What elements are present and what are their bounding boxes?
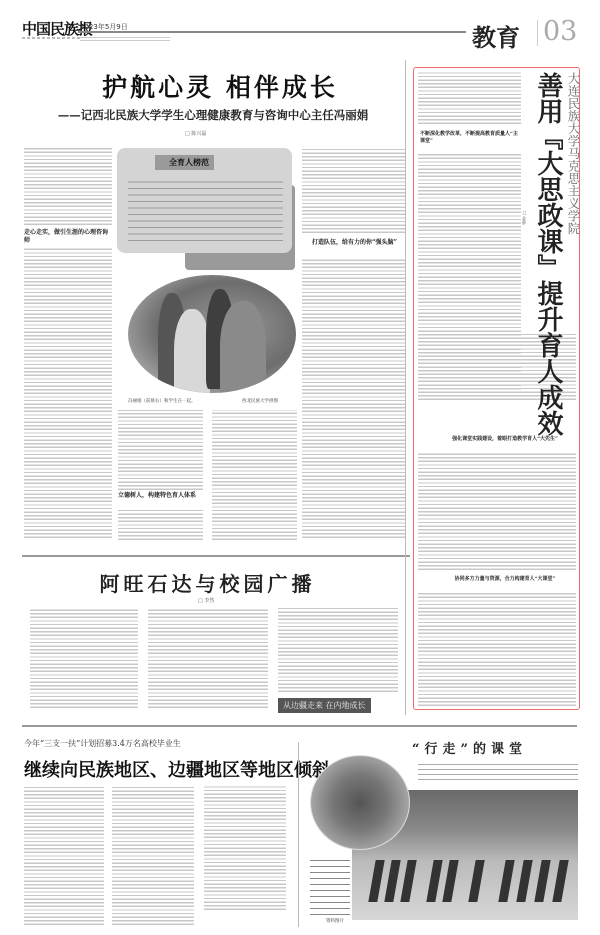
feature-subheadline: ——记西北民族大学学生心理健康教育与咨询中心主任冯丽娟: [28, 107, 398, 123]
section-rule-bottom: [22, 725, 577, 727]
feature-subhead-3: 立德树人，构建特色育人体系: [118, 492, 203, 500]
feature-headline: 护航心灵 相伴成长: [70, 68, 370, 104]
photo-story-caption: [310, 855, 350, 915]
employment-column-2: [112, 785, 194, 925]
masthead-rule: [78, 31, 466, 33]
student-formation: [368, 860, 384, 902]
student-formation: [442, 860, 458, 902]
page-number: 03: [543, 16, 577, 47]
employment-column-3: [204, 785, 286, 910]
student-formation: [498, 860, 514, 902]
photo-caption-credit: 西北民族大学供图: [242, 398, 278, 404]
quote-box-label: 全育人榜范: [155, 155, 214, 170]
feature-subhead-1: 走心走实，做引生涯的心理咨询师: [24, 229, 112, 245]
feature-column-4-top: [302, 147, 406, 233]
employment-column-1: [24, 785, 104, 925]
masthead-meta-text: [80, 35, 170, 41]
quote-box-text: [128, 177, 283, 241]
section-name: 教育: [472, 18, 520, 53]
student-formation: [516, 860, 532, 902]
employment-kicker: 今年“三支一扶”计划招募3.4万名高校毕业生: [24, 738, 181, 749]
section-rule: [22, 555, 410, 557]
photo-caption-left: 冯丽娟（前排右）和学生在一起。: [128, 398, 196, 404]
radio-column-1: [30, 608, 138, 708]
feature-subhead-2: 打造队伍，给有力的你“强头脑”: [312, 239, 406, 247]
student-formation: [468, 860, 484, 902]
feature-column-4-body: [302, 258, 406, 538]
highlight-box[interactable]: [413, 67, 580, 710]
feature-column-1-top: [24, 147, 112, 225]
person-figure: [220, 301, 266, 393]
feature-column-2-body: [118, 410, 203, 490]
radio-article-byline: □ 李然: [198, 597, 214, 604]
student-formation: [384, 860, 400, 902]
photo-story-credit: 资料图片: [326, 918, 344, 924]
column-rule: [405, 60, 406, 715]
photo-story-intro: [418, 760, 578, 780]
person-figure: [174, 309, 210, 393]
student-formation: [534, 860, 550, 902]
column-rule-bottom: [298, 742, 299, 927]
feature-column-3-body: [212, 410, 297, 540]
feature-byline: □ 陈兴磊: [185, 130, 206, 137]
radio-article-headline: 阿旺石达与校园广播: [90, 568, 325, 597]
student-formation: [552, 860, 568, 902]
radio-column-3: [278, 608, 398, 692]
student-formation: [400, 860, 416, 902]
feature-column-2-bottom: [118, 510, 203, 540]
feature-column-1-body: [24, 248, 112, 538]
student-formation: [426, 860, 442, 902]
feature-photo: [128, 275, 296, 393]
section-divider: [537, 20, 538, 46]
classroom-circle-photo: [310, 755, 410, 850]
series-banner: 从边疆走来 在内地成长: [278, 698, 371, 713]
logo-subtitle: [22, 37, 82, 39]
radio-column-2: [148, 608, 268, 708]
employment-headline: 继续向民族地区、边疆地区等地区倾斜: [24, 756, 330, 782]
photo-story-headline: “行走”的课堂: [412, 738, 527, 757]
